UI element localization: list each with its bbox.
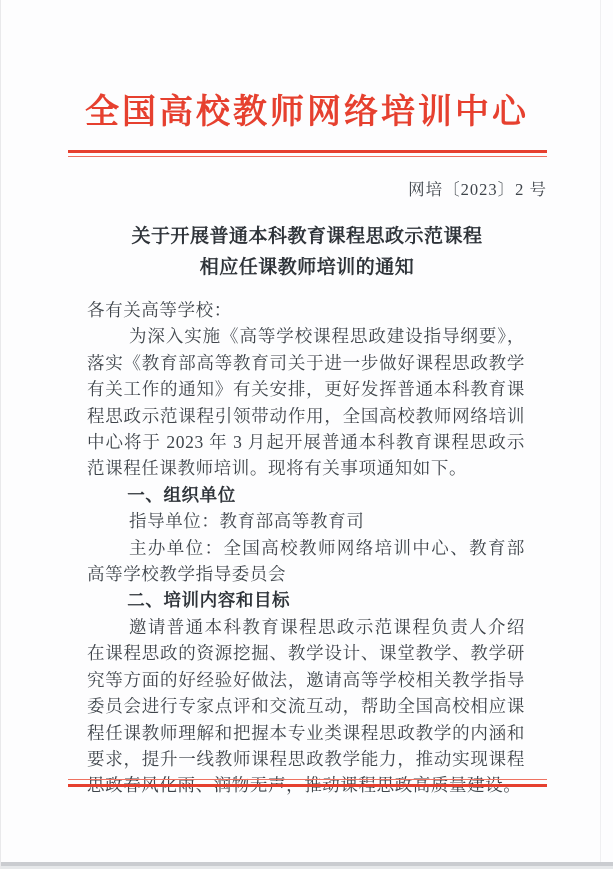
letterhead-org-title: 全国高校教师网络培训中心	[1, 90, 613, 136]
notice-title-line1: 关于开展普通本科教育课程思政示范课程	[1, 221, 613, 252]
paragraph-list: 为深入实施《高等学校课程思政建设指导纲要》，落实《教育部高等教育司关于进一步做好…	[87, 323, 525, 798]
page-scan-edge-right	[600, 0, 601, 869]
body-paragraph: 为深入实施《高等学校课程思政建设指导纲要》，落实《教育部高等教育司关于进一步做好…	[87, 323, 525, 481]
divider-thin-line	[68, 779, 547, 780]
body-paragraph: 主办单位：全国高校教师网络培训中心、教育部高等学校教学指导委员会	[87, 535, 525, 588]
salutation: 各有关高等学校：	[87, 297, 525, 323]
section-heading: 一、组织单位	[87, 482, 525, 508]
letterhead-divider	[68, 150, 547, 157]
doc-number: 网培〔2023〕2 号	[68, 176, 547, 200]
document-page: 全国高校教师网络培训中心 网培〔2023〕2 号 关于开展普通本科教育课程思政示…	[0, 0, 613, 869]
notice-title-line2: 相应任课教师培训的通知	[1, 252, 613, 283]
body-paragraph: 邀请普通本科教育课程思政示范课程负责人介绍在课程思政的资源挖掘、教学设计、课堂教…	[87, 614, 525, 799]
footer-divider	[68, 779, 547, 787]
divider-thin-line	[68, 156, 547, 157]
notice-title: 关于开展普通本科教育课程思政示范课程 相应任课教师培训的通知	[1, 221, 613, 283]
divider-thick-line	[68, 784, 547, 787]
document-body: 各有关高等学校： 为深入实施《高等学校课程思政建设指导纲要》，落实《教育部高等教…	[87, 297, 525, 799]
body-paragraph: 指导单位：教育部高等教育司	[87, 508, 525, 534]
divider-thick-line	[68, 150, 547, 153]
section-heading: 二、培训内容和目标	[87, 587, 525, 613]
